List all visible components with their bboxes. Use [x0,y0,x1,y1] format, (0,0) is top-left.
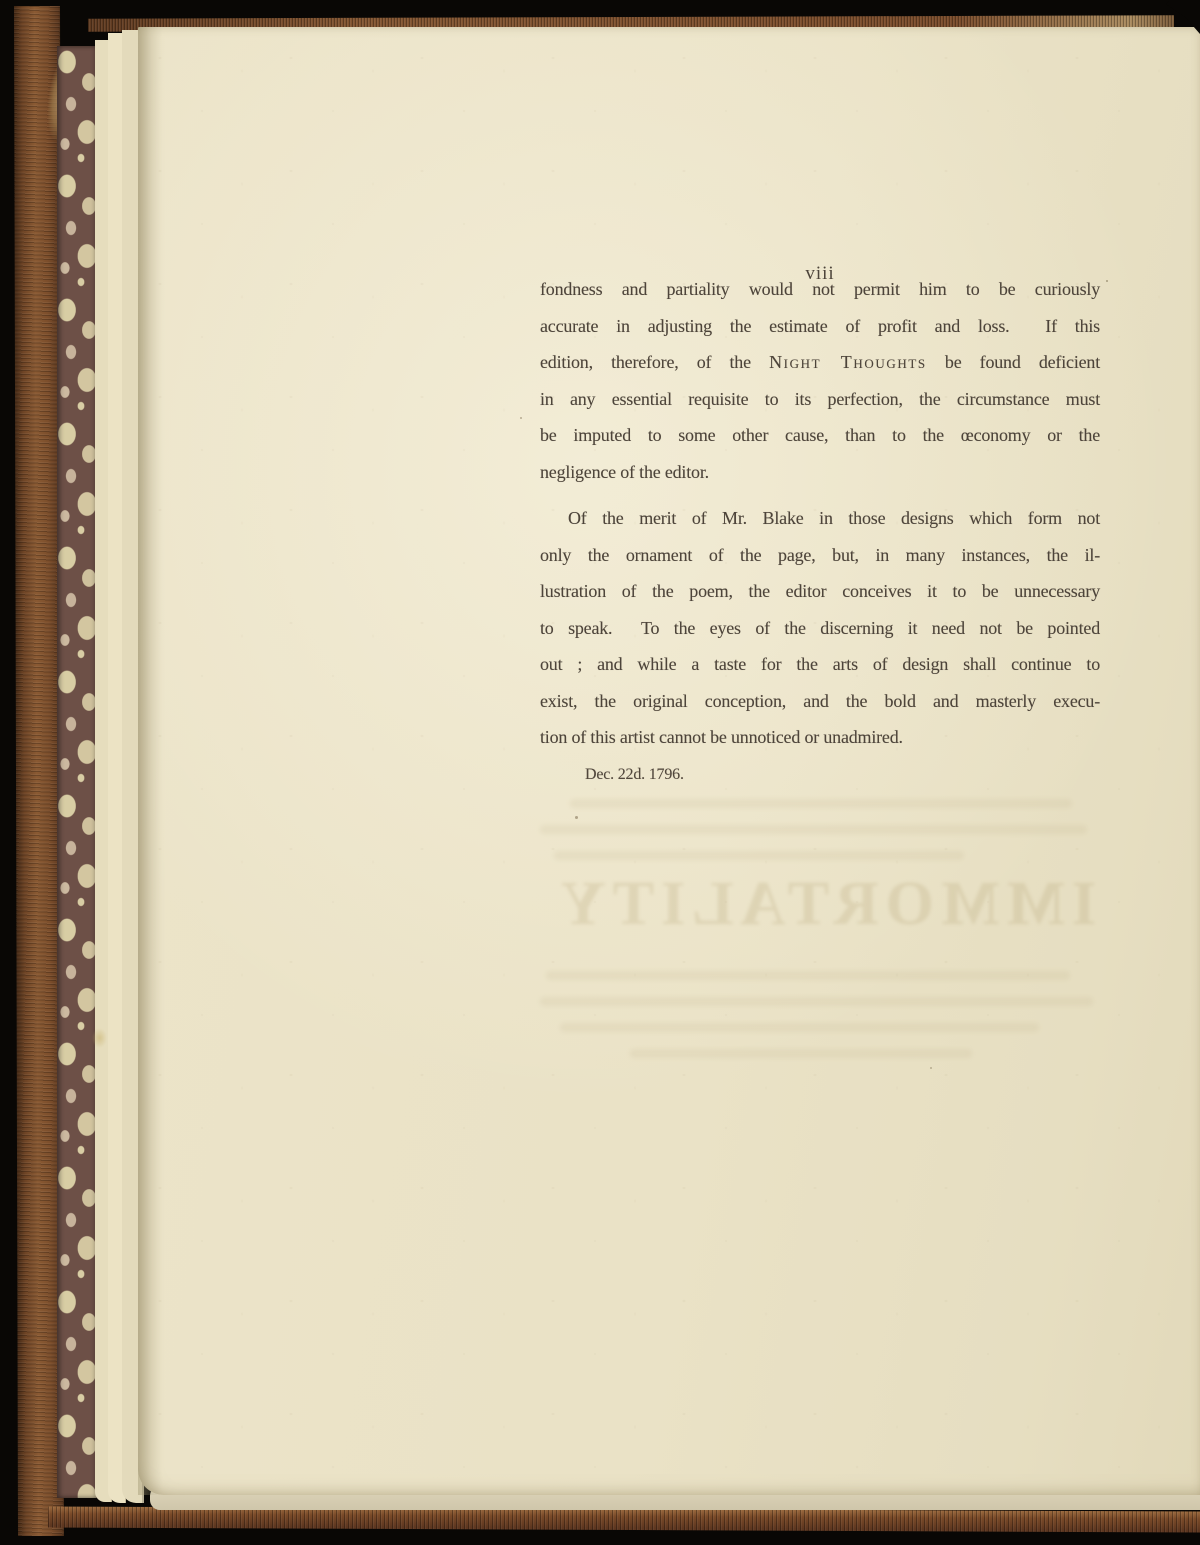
text-line: in any essential requisite to its perfec… [540,381,1100,418]
paper-speck [1106,280,1108,282]
body-text: negligence of the editor. [540,462,709,482]
text-line: Of the merit of Mr. Blake in those desig… [540,500,1100,537]
paper-speck [575,816,578,819]
book-cover-board-bottom [48,1506,1200,1532]
body-text: only the ornament of the page, but, in m… [540,545,1100,565]
show-through-line [570,799,1072,808]
body-text: Of the merit of Mr. Blake in those desig… [568,508,1100,528]
body-text: lustration of the poem, the editor conce… [540,581,1100,601]
show-through-line [630,1049,972,1058]
text-line: tion of this artist cannot be unnoticed … [540,719,1100,756]
body-text: fondness and partiality would not permit… [540,279,1100,299]
small-caps-text: Night Thoughts [769,352,927,372]
body-text: be imputed to some other cause, than to … [540,425,1100,445]
body-text: exist, the original conception, and the … [540,691,1100,711]
marbled-endpaper [57,46,98,1498]
body-text: edition, therefore, of the [540,352,769,372]
body-text: tion of this artist cannot be unnoticed … [540,727,903,747]
body-text: be found deficient [927,352,1100,372]
text-line: edition, therefore, of the Night Thought… [540,344,1100,381]
show-through: IMMORTALITY [540,795,1110,1085]
body-text: to speak. To the eyes of the discerning … [540,618,1100,638]
deckle-edge [138,27,164,1495]
text-line: negligence of the editor. [540,454,1100,491]
text-line: fondness and partiality would not permit… [540,271,1100,308]
body-text: accurate in adjusting the estimate of pr… [540,316,1100,336]
text-line: to speak. To the eyes of the discerning … [540,610,1100,647]
show-through-line [560,1023,1039,1032]
paper-speck [520,417,522,419]
show-through-line [546,971,1070,980]
text-line: lustration of the poem, the editor conce… [540,573,1100,610]
text-line: be imputed to some other cause, than to … [540,417,1100,454]
text-line: accurate in adjusting the estimate of pr… [540,308,1100,345]
body-text: out ; and while a taste for the arts of … [540,654,1100,674]
paper-speck [930,1067,932,1069]
paper-stain [92,1028,107,1048]
show-through-line [540,997,1093,1006]
show-through-line [554,851,964,860]
show-through-line [540,825,1087,834]
dateline: Dec. 22d. 1796. [540,766,1100,784]
paragraph: Of the merit of Mr. Blake in those desig… [540,500,1100,756]
show-through-title: IMMORTALITY [540,869,1110,940]
paragraph: fondness and partiality would not permit… [540,271,1100,490]
body-text: in any essential requisite to its perfec… [540,389,1100,409]
book-scan: IMMORTALITY viii fondness and partiality… [0,0,1200,1545]
text-line: only the ornament of the page, but, in m… [540,537,1100,574]
text-line: out ; and while a taste for the arts of … [540,646,1100,683]
book-page: IMMORTALITY viii fondness and partiality… [138,27,1200,1495]
text-line: exist, the original conception, and the … [540,683,1100,720]
text-block: fondness and partiality would not permit… [540,271,1100,784]
